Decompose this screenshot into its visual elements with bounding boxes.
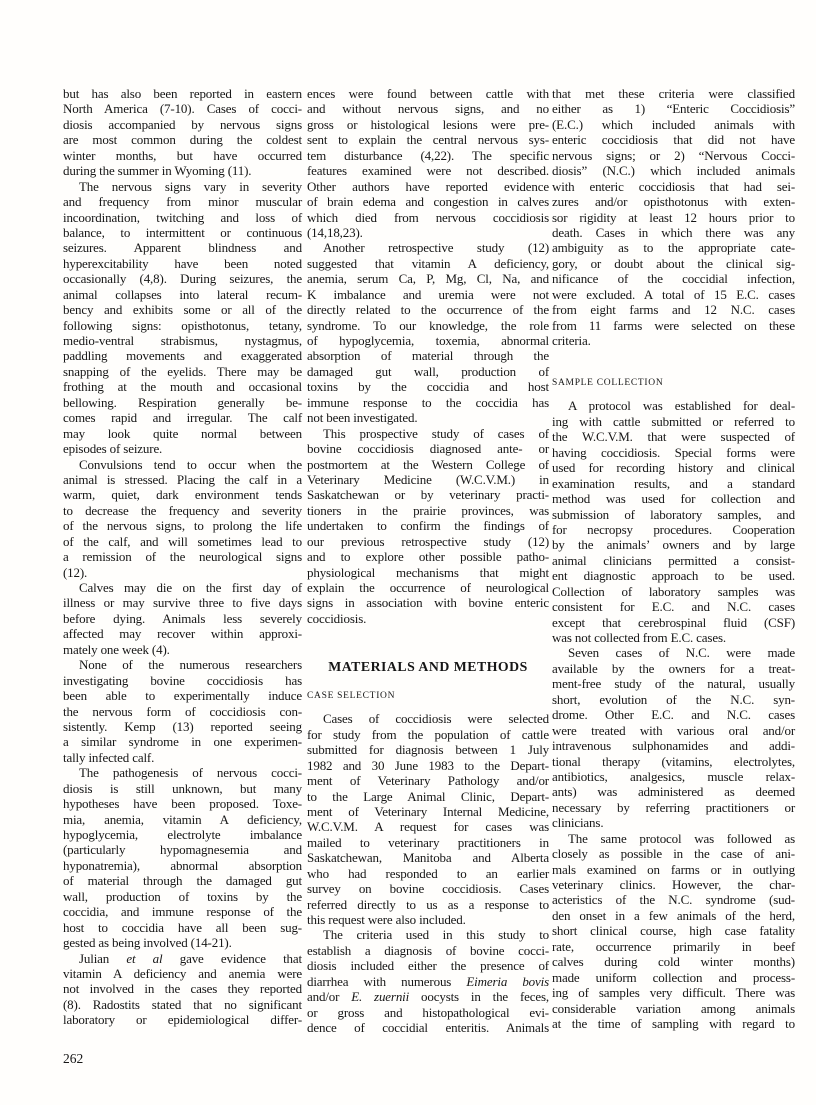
text-line: toxins by the coccidia and host [307,379,549,394]
text-line: acteristics of the N.C. syndrome (sud- [552,892,795,907]
text-line: balance, to intermittent or continuous [63,225,302,240]
text-line: frothing at the mouth and occasional [63,379,302,394]
text-line: criteria. [552,333,795,348]
text-line: The nervous signs vary in severity [63,179,302,194]
text-line: and to explore other possible patho- [307,549,549,564]
text-line: mailed to veterinary practitioners in [307,835,549,850]
text-line: available by the owners for a treat- [552,661,795,676]
text-line: ment of Veterinary Pathology and/or [307,773,549,788]
text-line: may look quite normal between [63,426,302,441]
text-line: snapping of the eyelids. There may be [63,364,302,379]
text-line: a similar syndrome in one experimen- [63,734,302,749]
text-line: incoordination, twitching and loss of [63,210,302,225]
text-line: of hypoglycemia, toxemia, abnormal [307,333,549,348]
text-line: paddling movements and exaggerated [63,348,302,363]
text-line: gory, or doubt about the clinical sig- [552,256,795,271]
text-line: and without nervous signs, and no [307,101,549,116]
text-line: who had responded to an earlier [307,866,549,881]
page-number: 262 [63,1051,83,1067]
text-line: Cases of coccidiosis were selected [307,711,549,726]
text-line: consistent for E.C. and N.C. cases [552,599,795,614]
text-line: Saskatchewan, Manitoba and Alberta [307,850,549,865]
text-line: from 11 farms were selected on these [552,318,795,333]
paragraph: Another retrospective study (12)suggeste… [307,240,549,425]
text-line: considerable variation among animals [552,1001,795,1016]
text-line: rate, occurrence primarily in beef [552,939,795,954]
text-line: diosis” (N.C.) which included animals [552,163,795,178]
text-line: tally infected calf. [63,750,302,765]
text-line: gross or histological lesions were pre- [307,117,549,132]
text-line: used for recording history and clinical [552,460,795,475]
text-line: establish a diagnosis of bovine cocci- [307,943,549,958]
text-line: affected may recover within approxi- [63,626,302,641]
text-line: episodes of seizure. [63,441,302,456]
text-line: Saskatchewan or by veterinary practi- [307,487,549,502]
text-line: of material through the damaged gut [63,873,302,888]
text-line: not been investigated. [307,410,549,425]
text-line: method was used for collection and [552,491,795,506]
text-line: coccidia, and immune response of the [63,904,302,919]
text-line: undertaken to confirm the findings of [307,518,549,533]
text-line: K imbalance and uremia were not [307,287,549,302]
text-line: postmortem at the Western College of [307,457,549,472]
text-line: tioners in the prairie provinces, was [307,503,549,518]
text-line: with enteric coccidiosis that had sei- [552,179,795,194]
text-line: or gross and histopathological evi- [307,1005,549,1020]
paragraph: that met these criteria were classifiede… [552,86,795,348]
text-line: intravenous sulphonamides and addi- [552,738,795,753]
text-line: (particularly hypomagnesemia and [63,842,302,857]
paragraph: The nervous signs vary in severityand fr… [63,179,302,457]
text-line: hypoglycemia, electrolyte imbalance [63,827,302,842]
text-line: animal is stressed. Placing the calf in … [63,472,302,487]
text-line: investigating bovine coccidiosis has [63,673,302,688]
text-line: examination results, and a standard [552,476,795,491]
text-line: Veterinary Medicine (W.C.V.M.) in [307,472,549,487]
text-line: submission of laboratory samples, and [552,507,795,522]
text-line: damaged gut wall, production of [307,364,549,379]
text-line: coccidiosis. [307,611,549,626]
text-line: ment of Veterinary Internal Medicine, [307,804,549,819]
text-line: a remission of the neurological signs [63,549,302,564]
paragraph: Calves may die on the first day ofillnes… [63,580,302,657]
text-line: ing with cattle submitted or referred to [552,414,795,429]
text-line: was not collected from E.C. cases. [552,630,795,645]
text-line: at the time of sampling with regard to [552,1016,795,1031]
column-right: that met these criteria were classifiede… [552,86,795,1031]
text-line: ences were found between cattle with [307,86,549,101]
text-line: survey on bovine coccidiosis. Cases [307,881,549,896]
text-line: medio-ventral strabismus, nystagmus, [63,333,302,348]
paragraph: but has also been reported in easternNor… [63,86,302,179]
text-line: short clinical course, high case fatalit… [552,923,795,938]
text-line: and frequency from minor muscular [63,194,302,209]
text-line: either as 1) “Enteric Coccidiosis” [552,101,795,116]
text-line: enteric coccidiosis that did not have [552,132,795,147]
text-line: but has also been reported in eastern [63,86,302,101]
text-line: absorption of material through the [307,348,549,363]
text-line: vitamin A deficiency and anemia were [63,966,302,981]
text-line: seizures. Apparent blindness and [63,240,302,255]
column-middle: ences were found between cattle withand … [307,86,549,1036]
text-line: A protocol was established for deal- [552,398,795,413]
text-line: hyperexcitability have been noted [63,256,302,271]
text-line: features examined were not described. [307,163,549,178]
text-line: winter months, but have occurred [63,148,302,163]
text-line: and/or E. zuernii oocysts in the feces, [307,989,549,1004]
journal-page: but has also been reported in easternNor… [0,0,816,1105]
text-line: are most common during the coldest [63,132,302,147]
text-line: diosis included either the presence of [307,958,549,973]
text-line: diarrhea with numerous Eimeria bovis [307,974,549,989]
text-line: during the summer in Wyoming (11). [63,163,302,178]
text-line: tional therapy (vitamins, electrolytes, [552,754,795,769]
text-line: antibiotics, analgesics, muscle relax- [552,769,795,784]
text-line: bency and exhibits some or all of the [63,302,302,317]
text-line: for study from the population of cattle [307,727,549,742]
paragraph: Seven cases of N.C. were madeavailable b… [552,645,795,830]
paragraph: The criteria used in this study toestabl… [307,927,549,1035]
text-line: Seven cases of N.C. were made [552,645,795,660]
subheading-sample-collection: SAMPLE COLLECTION [552,377,795,390]
text-line: The pathogenesis of nervous cocci- [63,765,302,780]
text-line: suggested that vitamin A deficiency, [307,256,549,271]
paragraph: ences were found between cattle withand … [307,86,549,240]
text-line: directly related to the occurrence of th… [307,302,549,317]
text-line: laboratory or epidemiological differ- [63,1012,302,1027]
text-line: (14,18,23). [307,225,549,240]
text-line: explain the occurrence of neurological [307,580,549,595]
text-line: short, evolution of the N.C. syn- [552,692,795,707]
text-line: sor rigidity at least 12 hours prior to [552,210,795,225]
text-line: Calves may die on the first day of [63,580,302,595]
text-line: made uniform collection and process- [552,970,795,985]
text-line: ment-free study of the natural, usually [552,676,795,691]
text-line: nificance of the coccidial infection, [552,271,795,286]
text-line: (12). [63,565,302,580]
text-line: animal clinicians permitted a consist- [552,553,795,568]
text-line: zures and/or opisthotonus with exten- [552,194,795,209]
text-line: death. Cases in which there was any [552,225,795,240]
text-line: hypotheses have been proposed. Toxe- [63,796,302,811]
text-line: our previous retrospective study (12) [307,534,549,549]
text-line: ants) was administered as deemed [552,784,795,799]
text-line: diosis accompanied by nervous signs [63,117,302,132]
text-line: den onset in a few animals of the herd, [552,908,795,923]
text-line: (8). Radostits stated that no significan… [63,997,302,1012]
paragraph: The same protocol was followed asclosely… [552,831,795,1032]
text-line: dence of coccidial enteritis. Animals [307,1020,549,1035]
paragraph: Julian et al gave evidence thatvitamin A… [63,951,302,1028]
text-line: illness or may survive three to five day… [63,595,302,610]
text-line: diosis is still unknown, but many [63,781,302,796]
text-line: signs in association with bovine enteric [307,595,549,610]
text-line: mately one week (4). [63,642,302,657]
text-line: wall, production of toxins by the [63,889,302,904]
text-line: (E.C.) which included animals with [552,117,795,132]
text-line: bovine coccidiosis diagnosed ante- or [307,441,549,456]
text-line: immune response to the coccidia has [307,395,549,410]
text-line: Collection of laboratory samples was [552,584,795,599]
text-line: 1982 and 30 June 1983 to the Depart- [307,758,549,773]
text-line: clinicians. [552,815,795,830]
text-line: of the calf, and will sometimes lead to [63,534,302,549]
paragraph: A protocol was established for deal-ing … [552,398,795,645]
text-line: anemia, serum Ca, P, Mg, Cl, Na, and [307,271,549,286]
text-line: physiological mechanisms that might [307,565,549,580]
text-line: necessary by referring practitioners or [552,800,795,815]
text-line: hyponatremia), abnormal absorption [63,858,302,873]
text-line: were treated with various oral and/or [552,723,795,738]
text-line: nervous signs; or 2) “Nervous Cocci- [552,148,795,163]
text-line: Julian et al gave evidence that [63,951,302,966]
text-line: mals examined on farms or in outlying [552,862,795,877]
text-line: by the animals’ owners and by large [552,537,795,552]
text-line: Another retrospective study (12) [307,240,549,255]
text-line: Other authors have reported evidence [307,179,549,194]
paragraph: Cases of coccidiosis were selectedfor st… [307,711,549,927]
text-line: Convulsions tend to occur when the [63,457,302,472]
text-line: host to coccidia have all been sug- [63,920,302,935]
text-line: following signs: opisthotonus, tetany, [63,318,302,333]
text-line: to decrease the frequency and severity [63,503,302,518]
text-line: syndrome. To our knowledge, the role [307,318,549,333]
text-line: warm, quiet, dark environment tends [63,487,302,502]
text-line: The same protocol was followed as [552,831,795,846]
subheading-case-selection: CASE SELECTION [307,690,549,703]
text-line: veterinary clinics. However, the char- [552,877,795,892]
text-line: closely as possible in the case of ani- [552,846,795,861]
text-line: referred directly to us as a response to [307,897,549,912]
text-line: submitted for diagnosis between 1 July [307,742,549,757]
text-line: None of the numerous researchers [63,657,302,672]
text-line: been able to experimentally induce [63,688,302,703]
text-line: of brain edema and congestion in calves [307,194,549,209]
paragraph: Convulsions tend to occur when theanimal… [63,457,302,581]
text-line: to the Large Animal Clinic, Depart- [307,789,549,804]
paragraph: The pathogenesis of nervous cocci-diosis… [63,765,302,950]
text-line: gested as being involved (14-21). [63,935,302,950]
text-line: animal collapses into lateral recum- [63,287,302,302]
text-line: that met these criteria were classified [552,86,795,101]
text-line: drome. Other E.C. and N.C. cases [552,707,795,722]
text-line: comes rapid and irregular. The calf [63,410,302,425]
text-line: from eight farms and 12 N.C. cases [552,302,795,317]
text-line: W.C.V.M. A request for cases was [307,819,549,834]
text-line: not involved in the cases they reported [63,981,302,996]
text-line: The criteria used in this study to [307,927,549,942]
text-line: North America (7-10). Cases of cocci- [63,101,302,116]
text-line: having coccidiosis. Special forms were [552,445,795,460]
text-line: ing of samples very difficult. There was [552,985,795,1000]
text-line: sent to explain the central nervous sys- [307,132,549,147]
text-line: which died from nervous coccidiosis [307,210,549,225]
text-line: for necropsy procedures. Cooperation [552,522,795,537]
text-line: the W.C.V.M. that were suspected of [552,429,795,444]
text-line: were excluded. A total of 15 E.C. cases [552,287,795,302]
text-line: This prospective study of cases of [307,426,549,441]
text-line: before dying. Animals less severely [63,611,302,626]
text-line: ent diagnostic approach to be used. [552,568,795,583]
text-line: tem disturbance (4,22). The specific [307,148,549,163]
text-line: calves during cold winter months) [552,954,795,969]
text-line: except that cerebrospinal fluid (CSF) [552,615,795,630]
section-heading-materials-and-methods: MATERIALS AND METHODS [307,658,549,676]
text-line: ambiguity as to the appropriate cate- [552,240,795,255]
text-line: mia, anemia, vitamin A deficiency, [63,812,302,827]
paragraph: This prospective study of cases ofbovine… [307,426,549,627]
text-line: bellowing. Respiration generally be- [63,395,302,410]
text-line: this request were also included. [307,912,549,927]
paragraph: None of the numerous researchersinvestig… [63,657,302,765]
text-line: of the nervous signs, to prolong the lif… [63,518,302,533]
text-line: occasionally (4,8). During seizures, the [63,271,302,286]
column-left: but has also been reported in easternNor… [63,86,302,1028]
text-line: the nervous form of coccidiosis con- [63,704,302,719]
text-line: sistently. Kemp (13) reported seeing [63,719,302,734]
